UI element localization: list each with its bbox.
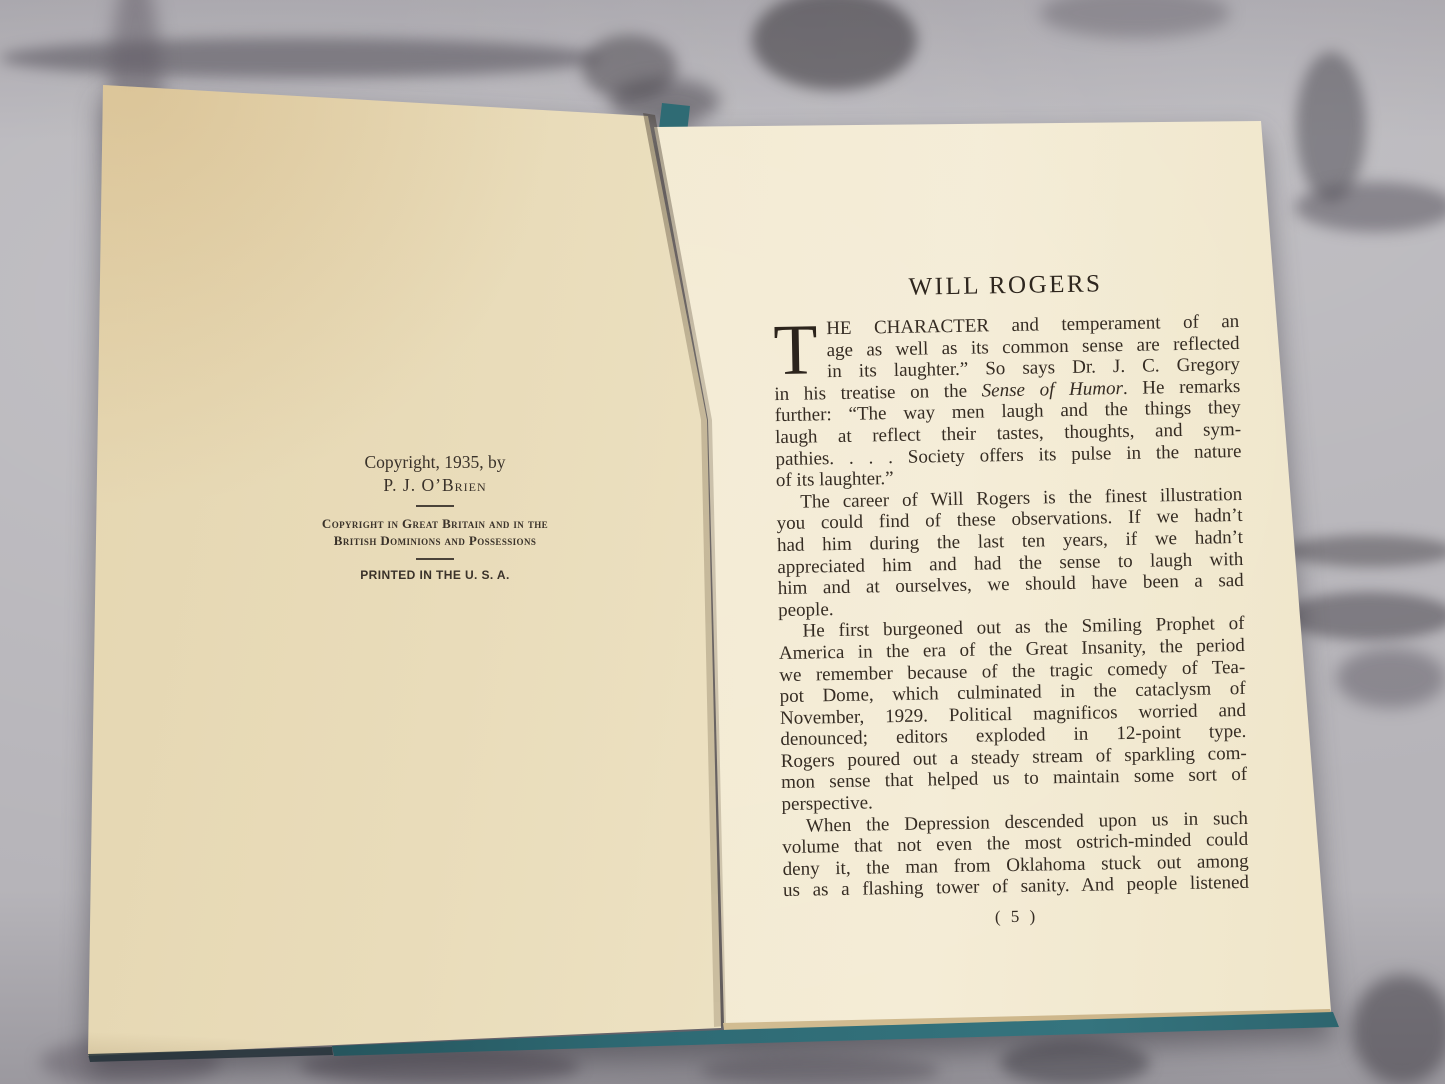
author-line: P. J. O’Brien (285, 475, 585, 496)
copyright-line: Copyright, 1935, by (285, 452, 585, 473)
copyright-block: Copyright, 1935, by P. J. O’Brien Copyri… (285, 452, 585, 582)
printed-in-usa-line: PRINTED IN THE U. S. A. (285, 568, 585, 582)
open-book: Copyright, 1935, by P. J. O’Brien Copyri… (0, 0, 1445, 1084)
gb-copyright-line: Copyright in Great Britain and in the (285, 515, 585, 532)
divider-rule (416, 558, 454, 560)
book-photo: Copyright, 1935, by P. J. O’Brien Copyri… (0, 0, 1445, 1084)
text-segment: in his treatise on the (774, 380, 982, 405)
body-paragraphs: THE CHARACTER and temperament of anage a… (773, 311, 1249, 902)
drop-cap: T (773, 320, 818, 383)
page-number: ( 5 ) (783, 903, 1249, 931)
text-column: WILL ROGERS THE CHARACTER and temperamen… (772, 268, 1249, 931)
paragraph: He first burgeoned out as the Smiling Pr… (778, 613, 1247, 815)
chapter-title: WILL ROGERS (772, 268, 1238, 304)
gb-copyright-line: British Dominions and Possessions (285, 532, 585, 549)
paragraph: THE CHARACTER and temperament of anage a… (773, 311, 1242, 492)
divider-rule (416, 505, 454, 507)
text-segment: . He remarks (1123, 376, 1241, 399)
italic-text: Sense of Humor (982, 378, 1124, 401)
paragraph: The career of Will Rogers is the finest … (776, 484, 1244, 622)
paragraph: When the Depression descended upon us in… (782, 808, 1249, 902)
